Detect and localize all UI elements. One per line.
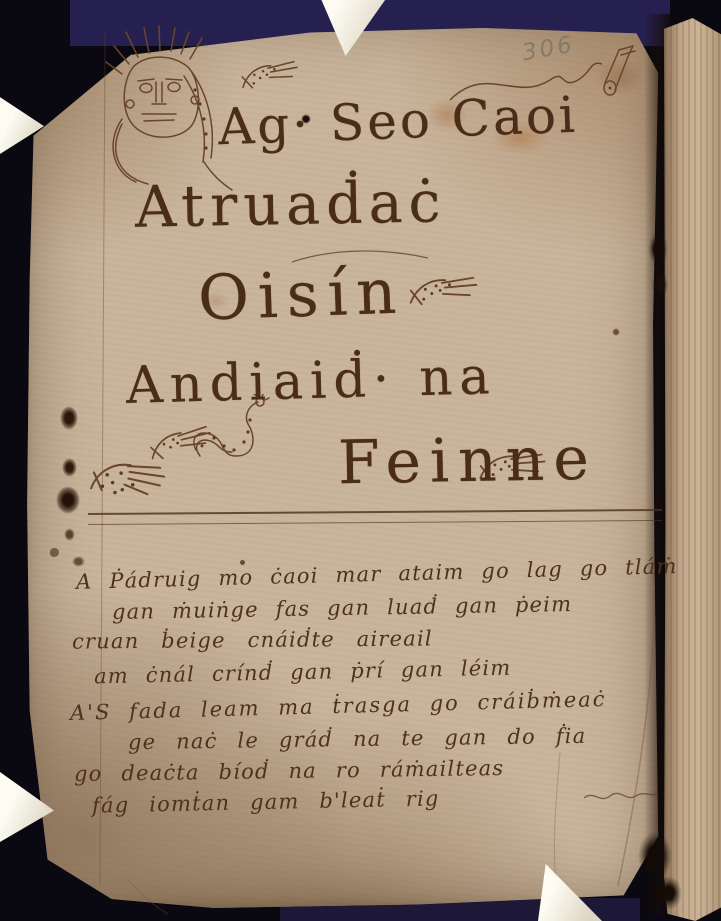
manuscript-photo: 306 Ag· Seo Caoi Atruaḋaċ Oisín Andiaiḋ·… [0, 0, 721, 921]
ink-dot [612, 328, 620, 336]
title-line-4: Andiaiḋ· na [125, 347, 497, 416]
underlying-leaves-fore-edge [664, 18, 721, 921]
manicule-oisin [404, 267, 485, 314]
scroll-banner [596, 42, 640, 98]
verse-line: cruan ḃeige cnáiḋte aireail [72, 626, 433, 653]
manicule-icon [404, 267, 485, 314]
title-line-5: Feinne [337, 424, 598, 499]
title-line-3: Oisín [197, 254, 407, 334]
ink-dot [240, 560, 245, 565]
fore-edge-stain [656, 876, 682, 910]
title-line-2: Atruaḋaċ [134, 169, 447, 240]
fore-edge-stain [638, 832, 672, 880]
fore-edge-stain [652, 272, 668, 298]
ink-blot [50, 548, 59, 557]
scroll-banner-icon [596, 42, 640, 98]
fore-edge-stain [648, 232, 668, 266]
